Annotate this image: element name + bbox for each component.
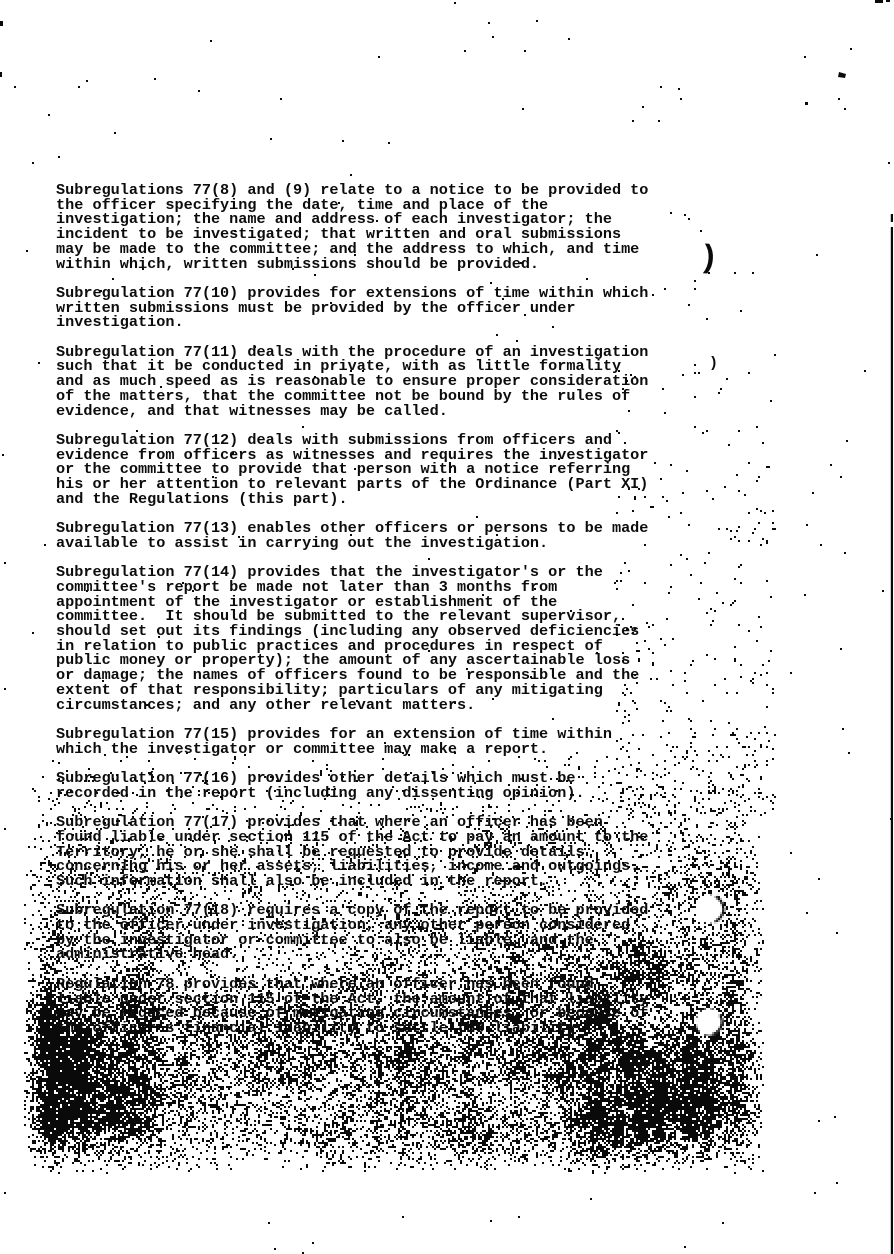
left-edge-tick xyxy=(0,72,2,77)
margin-speck xyxy=(805,102,808,105)
corner-speck xyxy=(875,0,883,3)
paragraph-subregulation-77-15: Subregulation 77(15) provides for an ext… xyxy=(56,727,676,756)
margin-paren-mark-small: ) xyxy=(709,356,718,371)
paragraph-subregulation-77-13: Subregulation 77(13) enables other offic… xyxy=(56,521,676,550)
paragraph-subregulation-77-12: Subregulation 77(12) deals with submissi… xyxy=(56,433,676,507)
paragraph-subregulations-77-8-9: Subregulations 77(8) and (9) relate to a… xyxy=(56,183,676,271)
scan-edge-line xyxy=(891,227,893,1254)
paragraph-regulation-78: Regulation 78 provides that where an off… xyxy=(56,977,676,1036)
corner-speck xyxy=(886,0,890,2)
paragraph-subregulation-77-17: Subregulation 77(17) provides that where… xyxy=(56,815,676,889)
scan-edge-dash xyxy=(891,214,893,222)
paragraph-subregulation-77-10: Subregulation 77(10) provides for extens… xyxy=(56,286,676,330)
paragraph-subregulation-77-18: Subregulation 77(18) requires a copy of … xyxy=(56,903,676,962)
left-edge-tick xyxy=(0,21,3,26)
document-body: Subregulations 77(8) and (9) relate to a… xyxy=(56,183,676,1050)
paragraph-subregulation-77-11: Subregulation 77(11) deals with the proc… xyxy=(56,345,676,419)
paragraph-subregulation-77-16: Subregulation 77(16) provides other deta… xyxy=(56,771,676,800)
paragraph-subregulation-77-14: Subregulation 77(14) provides that the i… xyxy=(56,565,676,712)
margin-speck xyxy=(838,72,846,78)
scanned-document-page: { "page": { "kind": "scanned typewritten… xyxy=(0,0,894,1254)
margin-paren-mark-large: ) xyxy=(698,242,719,275)
